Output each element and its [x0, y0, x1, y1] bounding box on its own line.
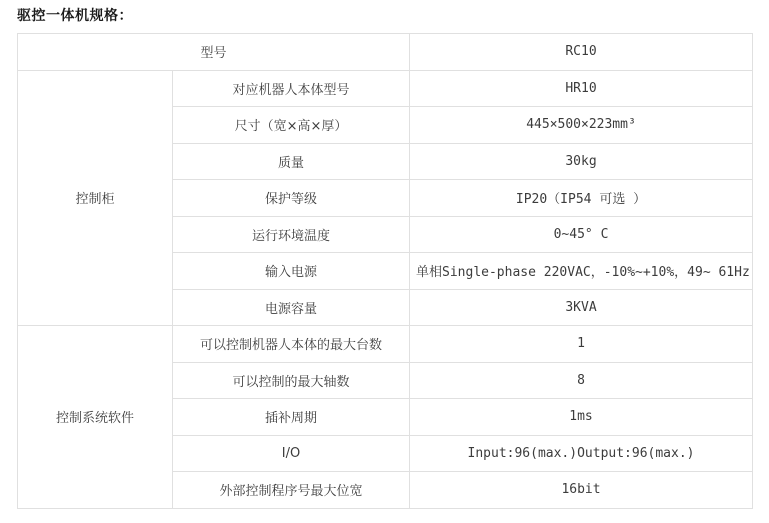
- spec-page: 驱控一体机规格： 型号 RC10 控制柜对应机器人本体型号HR10尺寸（宽×高×…: [0, 0, 769, 523]
- spec-value: HR10: [410, 70, 753, 107]
- spec-label: 质量: [173, 143, 410, 180]
- spec-value: 0~45° C: [410, 216, 753, 253]
- spec-table: 型号 RC10 控制柜对应机器人本体型号HR10尺寸（宽×高×厚）445×500…: [17, 33, 753, 509]
- spec-value: 16bit: [410, 472, 753, 509]
- spec-label: 对应机器人本体型号: [173, 70, 410, 107]
- spec-value: IP20（IP54 可选 ）: [410, 180, 753, 217]
- spec-label: 保护等级: [173, 180, 410, 217]
- spec-value: 30kg: [410, 143, 753, 180]
- spec-label: 运行环境温度: [173, 216, 410, 253]
- spec-label: 输入电源: [173, 253, 410, 290]
- spec-label: 可以控制的最大轴数: [173, 362, 410, 399]
- spec-value: Input:96(max.)Output:96(max.): [410, 435, 753, 472]
- spec-table-body: 型号 RC10 控制柜对应机器人本体型号HR10尺寸（宽×高×厚）445×500…: [18, 34, 753, 509]
- table-row: 控制系统软件可以控制机器人本体的最大台数1: [18, 326, 753, 363]
- spec-label: I/O: [173, 435, 410, 472]
- spec-value: 445×500×223mm³: [410, 107, 753, 144]
- spec-label: 可以控制机器人本体的最大台数: [173, 326, 410, 363]
- table-row: 控制柜对应机器人本体型号HR10: [18, 70, 753, 107]
- spec-value: 8: [410, 362, 753, 399]
- spec-value: 单相Single-phase 220VAC，-10%~+10%，49~ 61Hz: [410, 253, 753, 290]
- spec-label: 尺寸（宽×高×厚）: [173, 107, 410, 144]
- spec-value: 3KVA: [410, 289, 753, 326]
- section-name: 控制系统软件: [18, 326, 173, 509]
- table-row-model: 型号 RC10: [18, 34, 753, 71]
- spec-label: 外部控制程序号最大位宽: [173, 472, 410, 509]
- section-name: 控制柜: [18, 70, 173, 326]
- spec-label: 电源容量: [173, 289, 410, 326]
- spec-label: 插补周期: [173, 399, 410, 436]
- spec-value-model: RC10: [410, 34, 753, 71]
- spec-value: 1ms: [410, 399, 753, 436]
- page-title: 驱控一体机规格：: [17, 5, 133, 25]
- spec-label-model: 型号: [18, 34, 410, 71]
- spec-value: 1: [410, 326, 753, 363]
